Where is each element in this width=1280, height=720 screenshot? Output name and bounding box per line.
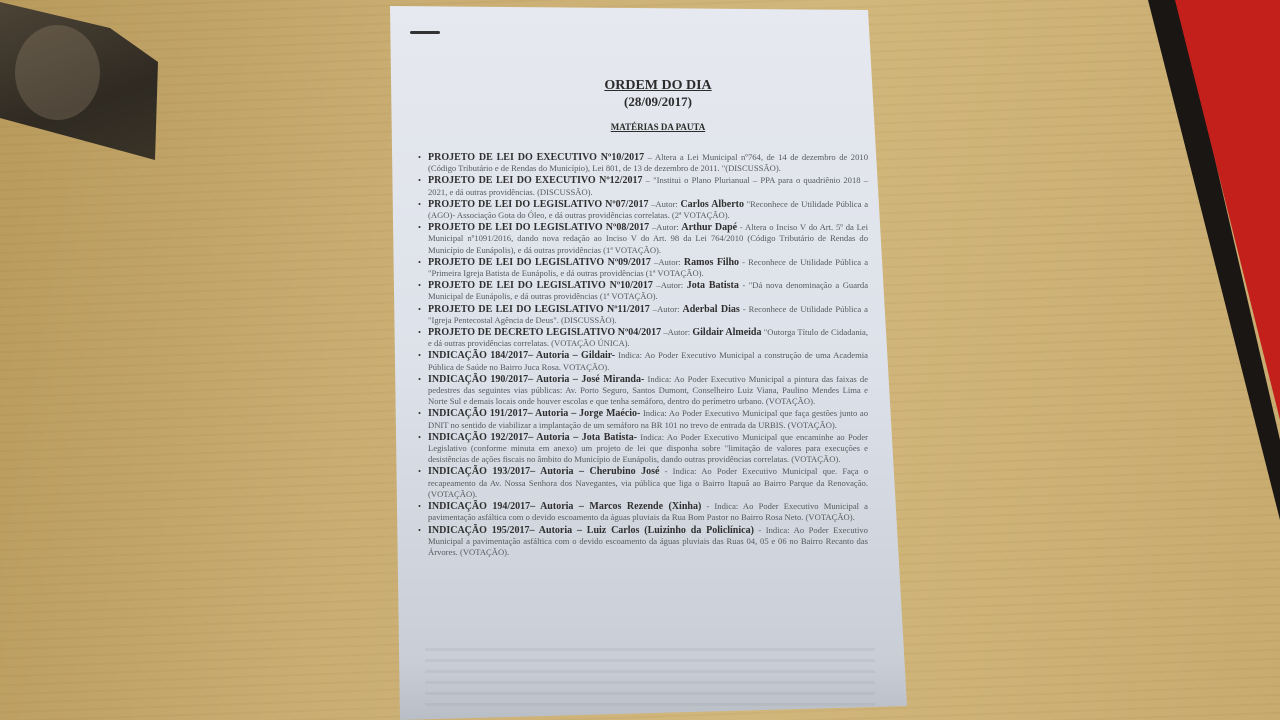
item-lead: INDICAÇÃO 190/2017– Autoria – José Miran… — [428, 374, 644, 385]
faded-text-bottom — [425, 648, 875, 708]
agenda-item: PROJETO DE LEI DO LEGISLATIVO Nº10/2017 … — [418, 280, 868, 302]
item-lead: INDICAÇÃO 195/2017– Autoria – Luiz Carlo… — [428, 525, 754, 536]
item-author: Arthur Dapé — [681, 222, 737, 233]
agenda-item: PROJETO DE LEI DO LEGISLATIVO Nº09/2017 … — [418, 257, 868, 279]
agenda-item: INDICAÇÃO 193/2017– Autoria – Cherubino … — [418, 466, 868, 500]
staple-mark — [410, 31, 440, 34]
agenda-item: PROJETO DE LEI DO EXECUTIVO Nº10/2017 – … — [418, 152, 868, 174]
item-lead: PROJETO DE LEI DO LEGISLATIVO Nº09/2017 — [428, 257, 651, 268]
item-lead: INDICAÇÃO 192/2017– Autoria – Jota Batis… — [428, 432, 637, 443]
item-lead: INDICAÇÃO 193/2017– Autoria – Cherubino … — [428, 466, 659, 477]
agenda-item: INDICAÇÃO 192/2017– Autoria – Jota Batis… — [418, 432, 868, 466]
item-lead: PROJETO DE LEI DO EXECUTIVO Nº10/2017 — [428, 152, 644, 163]
agenda-document: ORDEM DO DIA (28/09/2017) MATÉRIAS DA PA… — [418, 78, 868, 559]
item-lead: PROJETO DE LEI DO LEGISLATIVO Nº11/2017 — [428, 304, 650, 315]
agenda-item: PROJETO DE LEI DO LEGISLATIVO Nº07/2017 … — [418, 199, 868, 221]
agenda-item: INDICAÇÃO 190/2017– Autoria – José Miran… — [418, 374, 868, 408]
agenda-list: PROJETO DE LEI DO EXECUTIVO Nº10/2017 – … — [418, 152, 868, 558]
item-lead: PROJETO DE LEI DO EXECUTIVO Nº12/2017 — [428, 175, 642, 186]
agenda-item: PROJETO DE LEI DO LEGISLATIVO Nº08/2017 … — [418, 222, 868, 256]
item-author: Aderbal Dias — [683, 304, 740, 315]
item-author: Jota Batista — [687, 280, 739, 291]
document-title: ORDEM DO DIA — [448, 78, 868, 94]
item-author: Gildair Almeida — [692, 327, 761, 338]
item-lead: PROJETO DE LEI DO LEGISLATIVO Nº07/2017 — [428, 199, 648, 210]
agenda-item: PROJETO DE LEI DO LEGISLATIVO Nº11/2017 … — [418, 304, 868, 326]
document-subtitle: MATÉRIAS DA PAUTA — [448, 122, 868, 132]
item-lead: PROJETO DE LEI DO LEGISLATIVO Nº10/2017 — [428, 280, 653, 291]
document-date: (28/09/2017) — [448, 94, 868, 110]
agenda-item: INDICAÇÃO 195/2017– Autoria – Luiz Carlo… — [418, 525, 868, 559]
item-lead: PROJETO DE DECRETO LEGISLATIVO Nº04/2017 — [428, 327, 661, 338]
agenda-item: INDICAÇÃO 184/2017– Autoria – Gildair- I… — [418, 350, 868, 372]
item-lead: INDICAÇÃO 191/2017– Autoria – Jorge Maéc… — [428, 408, 640, 419]
agenda-item: INDICAÇÃO 191/2017– Autoria – Jorge Maéc… — [418, 408, 868, 430]
photo-face — [15, 25, 100, 120]
document-header: ORDEM DO DIA (28/09/2017) MATÉRIAS DA PA… — [448, 78, 868, 132]
agenda-item: INDICAÇÃO 194/2017– Autoria – Marcos Rez… — [418, 501, 868, 523]
item-lead: PROJETO DE LEI DO LEGISLATIVO Nº08/2017 — [428, 222, 649, 233]
item-lead: INDICAÇÃO 194/2017– Autoria – Marcos Rez… — [428, 501, 701, 512]
item-lead: INDICAÇÃO 184/2017– Autoria – Gildair- — [428, 350, 615, 361]
agenda-item: PROJETO DE DECRETO LEGISLATIVO Nº04/2017… — [418, 327, 868, 349]
item-author: Ramos Filho — [684, 257, 739, 268]
agenda-item: PROJETO DE LEI DO EXECUTIVO Nº12/2017 – … — [418, 175, 868, 197]
item-author: Carlos Alberto — [680, 199, 744, 210]
